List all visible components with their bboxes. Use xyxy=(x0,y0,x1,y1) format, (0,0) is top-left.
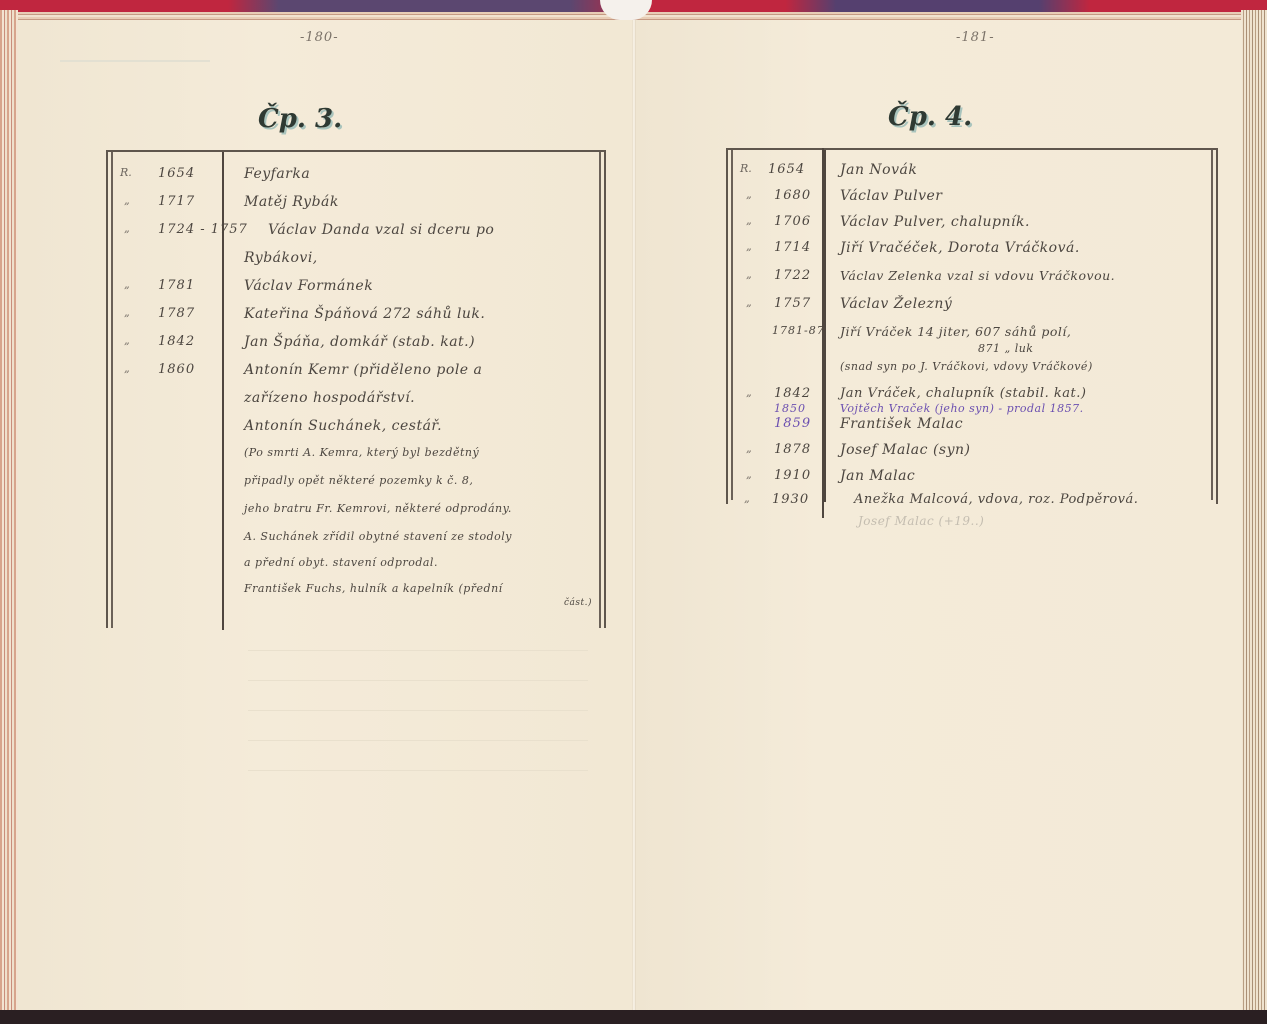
ownership-ledger: R. 1654 Feyfarka „ 1717 Matěj Rybák „ 17… xyxy=(106,150,606,628)
ownership-ledger: R. 1654 Jan Novák „ 1680 Václav Pulver „… xyxy=(726,148,1218,500)
owner-entry: zařízeno hospodářství. xyxy=(244,390,415,406)
ditto-mark: R. xyxy=(120,166,134,179)
ditto-mark: „ xyxy=(746,386,760,399)
ditto-mark: „ xyxy=(744,492,758,505)
pencil-note: Josef Malac (+19..) xyxy=(858,514,984,528)
page-number: -181- xyxy=(956,30,995,45)
year: 1724 - 1757 xyxy=(158,222,248,237)
year: 1680 xyxy=(774,188,811,203)
owner-entry: Rybákovi, xyxy=(244,250,318,266)
ledger-row: „ 1878 Josef Malac (syn) xyxy=(728,442,1216,464)
ditto-mark: „ xyxy=(746,240,760,253)
ditto-mark: „ xyxy=(124,306,138,319)
ledger-row: jeho bratru Fr. Kemrovi, některé odprodá… xyxy=(108,502,604,524)
year: 1722 xyxy=(774,268,811,283)
owner-entry: (snad syn po J. Vráčkovi, vdovy Vráčkové… xyxy=(840,360,1093,373)
owner-entry: a přední obyt. stavení odprodal. xyxy=(244,556,438,569)
ditto-mark: „ xyxy=(746,188,760,201)
owner-entry: Jan Špáňa, domkář (stab. kat.) xyxy=(244,334,475,350)
ledger-row: „ 1717 Matěj Rybák xyxy=(108,194,604,216)
owner-entry: Václav Formánek xyxy=(244,278,373,294)
owner-entry: Jan Malac xyxy=(840,468,915,484)
owner-entry: Josef Malac (syn) xyxy=(840,442,970,458)
ledger-row: „ 1722 Václav Zelenka vzal si vdovu Vráč… xyxy=(728,268,1216,290)
house-title: Čp. 3. xyxy=(258,104,342,134)
year: 1930 xyxy=(772,492,809,507)
owner-entry: Jan Novák xyxy=(840,162,917,178)
year: 1757 xyxy=(774,296,811,311)
owner-entry: František Fuchs, hulník a kapelník (před… xyxy=(244,582,503,595)
year: 1654 xyxy=(158,166,195,181)
ledger-row: „ 1724 - 1757 Václav Danda vzal si dceru… xyxy=(108,222,604,244)
year: 1706 xyxy=(774,214,811,229)
owner-entry: Václav Železný xyxy=(840,296,952,312)
year: 1781 xyxy=(158,278,195,293)
right-page: -181- Čp. 4. R. 1654 Jan Novák „ 1680 Vá… xyxy=(636,20,1242,1010)
year: 1714 xyxy=(774,240,811,255)
ledger-row: R. 1654 Jan Novák xyxy=(728,162,1216,184)
ghost-bleed-text xyxy=(60,42,210,62)
ledger-row: „ 1842 Jan Špáňa, domkář (stab. kat.) xyxy=(108,334,604,356)
house-title: Čp. 4. xyxy=(888,102,972,132)
year: 1787 xyxy=(158,306,195,321)
ledger-row: 1859 František Malac xyxy=(728,416,1216,438)
year: 1842 xyxy=(158,334,195,349)
owner-entry: Václav Danda vzal si dceru po xyxy=(268,222,494,238)
owner-entry: (Po smrti A. Kemra, který byl bezdětný xyxy=(244,446,479,459)
year: 1842 xyxy=(774,386,811,401)
owner-entry: Václav Pulver, chalupník. xyxy=(840,214,1030,230)
ditto-mark: „ xyxy=(124,334,138,347)
page-number: -180- xyxy=(300,30,339,45)
ditto-mark: „ xyxy=(746,214,760,227)
ledger-row: (Po smrti A. Kemra, který byl bezdětný xyxy=(108,446,604,468)
owner-entry: připadly opět některé pozemky k č. 8, xyxy=(244,474,473,487)
owner-entry: jeho bratru Fr. Kemrovi, některé odprodá… xyxy=(244,502,512,515)
ledger-row: Josef Malac (+19..) xyxy=(726,514,1218,536)
ditto-mark: „ xyxy=(124,278,138,291)
ledger-left-border xyxy=(726,148,728,504)
bleed-through-line xyxy=(248,650,588,651)
ditto-mark: „ xyxy=(124,194,138,207)
bleed-through-line xyxy=(248,710,588,711)
bleed-through-line xyxy=(248,770,588,771)
ledger-row: Rybákovi, xyxy=(108,250,604,272)
bleed-through-line xyxy=(248,680,588,681)
page-stack-left-edge xyxy=(0,10,18,1014)
ledger-row: připadly opět některé pozemky k č. 8, xyxy=(108,474,604,496)
year: 1654 xyxy=(768,162,805,177)
owner-entry: část.) xyxy=(564,598,592,608)
ledger-row: „ 1714 Jiří Vračéček, Dorota Vráčková. xyxy=(728,240,1216,262)
bleed-through-line xyxy=(248,740,588,741)
ditto-mark: „ xyxy=(746,468,760,481)
ledger-row: Antonín Suchánek, cestář. xyxy=(108,418,604,440)
year: 1878 xyxy=(774,442,811,457)
ledger-row: A. Suchánek zřídil obytné stavení ze sto… xyxy=(108,530,604,552)
ledger-row: „ 1757 Václav Železný xyxy=(728,296,1216,318)
ledger-row: část.) xyxy=(108,598,604,620)
owner-entry: Jiří Vráček 14 jiter, 607 sáhů polí, xyxy=(840,324,1071,339)
owner-entry: Antonín Kemr (přiděleno pole a xyxy=(244,362,482,378)
ledger-row: a přední obyt. stavení odprodal. xyxy=(108,556,604,578)
year: 1717 xyxy=(158,194,195,209)
ledger-right-border xyxy=(1216,148,1218,504)
ditto-mark: „ xyxy=(746,268,760,281)
year: 1850 xyxy=(774,402,806,415)
owner-entry: Jiří Vračéček, Dorota Vráčková. xyxy=(840,240,1080,256)
owner-entry: Feyfarka xyxy=(244,166,310,182)
column-divider xyxy=(822,148,824,518)
owner-entry: Jan Vráček, chalupník (stabil. kat.) xyxy=(840,386,1086,401)
owner-entry: A. Suchánek zřídil obytné stavení ze sto… xyxy=(244,530,512,543)
ledger-row: „ 1910 Jan Malac xyxy=(728,468,1216,490)
owner-entry: Anežka Malcová, vdova, roz. Podpěrová. xyxy=(854,492,1138,507)
owner-entry: Vojtěch Vraček (jeho syn) - prodal 1857. xyxy=(840,402,1084,415)
year: 1860 xyxy=(158,362,195,377)
owner-entry: Václav Pulver xyxy=(840,188,943,204)
ledger-row: zařízeno hospodářství. xyxy=(108,390,604,412)
year: 1781-87 xyxy=(772,324,825,337)
owner-entry: 871 „ luk xyxy=(978,342,1033,355)
owner-entry: Antonín Suchánek, cestář. xyxy=(244,418,442,434)
ditto-mark: „ xyxy=(124,222,138,235)
ledger-row: „ 1860 Antonín Kemr (přiděleno pole a xyxy=(108,362,604,384)
left-page: -180- Čp. 3. R. 1654 Feyfarka „ 1717 Mat… xyxy=(18,20,634,1010)
ledger-row: R. 1654 Feyfarka xyxy=(108,166,604,188)
owner-entry: František Malac xyxy=(840,416,963,432)
ledger-row: „ 1781 Václav Formánek xyxy=(108,278,604,300)
ledger-row: (snad syn po J. Vráčkovi, vdovy Vráčkové… xyxy=(728,360,1216,382)
owner-entry: Václav Zelenka vzal si vdovu Vráčkovou. xyxy=(840,268,1115,283)
ledger-row: „ 1680 Václav Pulver xyxy=(728,188,1216,210)
year: 1910 xyxy=(774,468,811,483)
page-stack-right-edge xyxy=(1241,10,1267,1014)
owner-entry: Matěj Rybák xyxy=(244,194,339,210)
owner-entry: Kateřina Špáňová 272 sáhů luk. xyxy=(244,306,485,322)
ditto-mark: „ xyxy=(746,442,760,455)
ledger-row: „ 1706 Václav Pulver, chalupník. xyxy=(728,214,1216,236)
ditto-mark: „ xyxy=(124,362,138,375)
ditto-mark: „ xyxy=(746,296,760,309)
book-cover-bottom xyxy=(0,1010,1267,1024)
ditto-mark: R. xyxy=(740,162,754,175)
ledger-row: „ 1787 Kateřina Špáňová 272 sáhů luk. xyxy=(108,306,604,328)
year: 1859 xyxy=(774,416,811,431)
ledger-row: „ 1930 Anežka Malcová, vdova, roz. Podpě… xyxy=(726,492,1218,514)
